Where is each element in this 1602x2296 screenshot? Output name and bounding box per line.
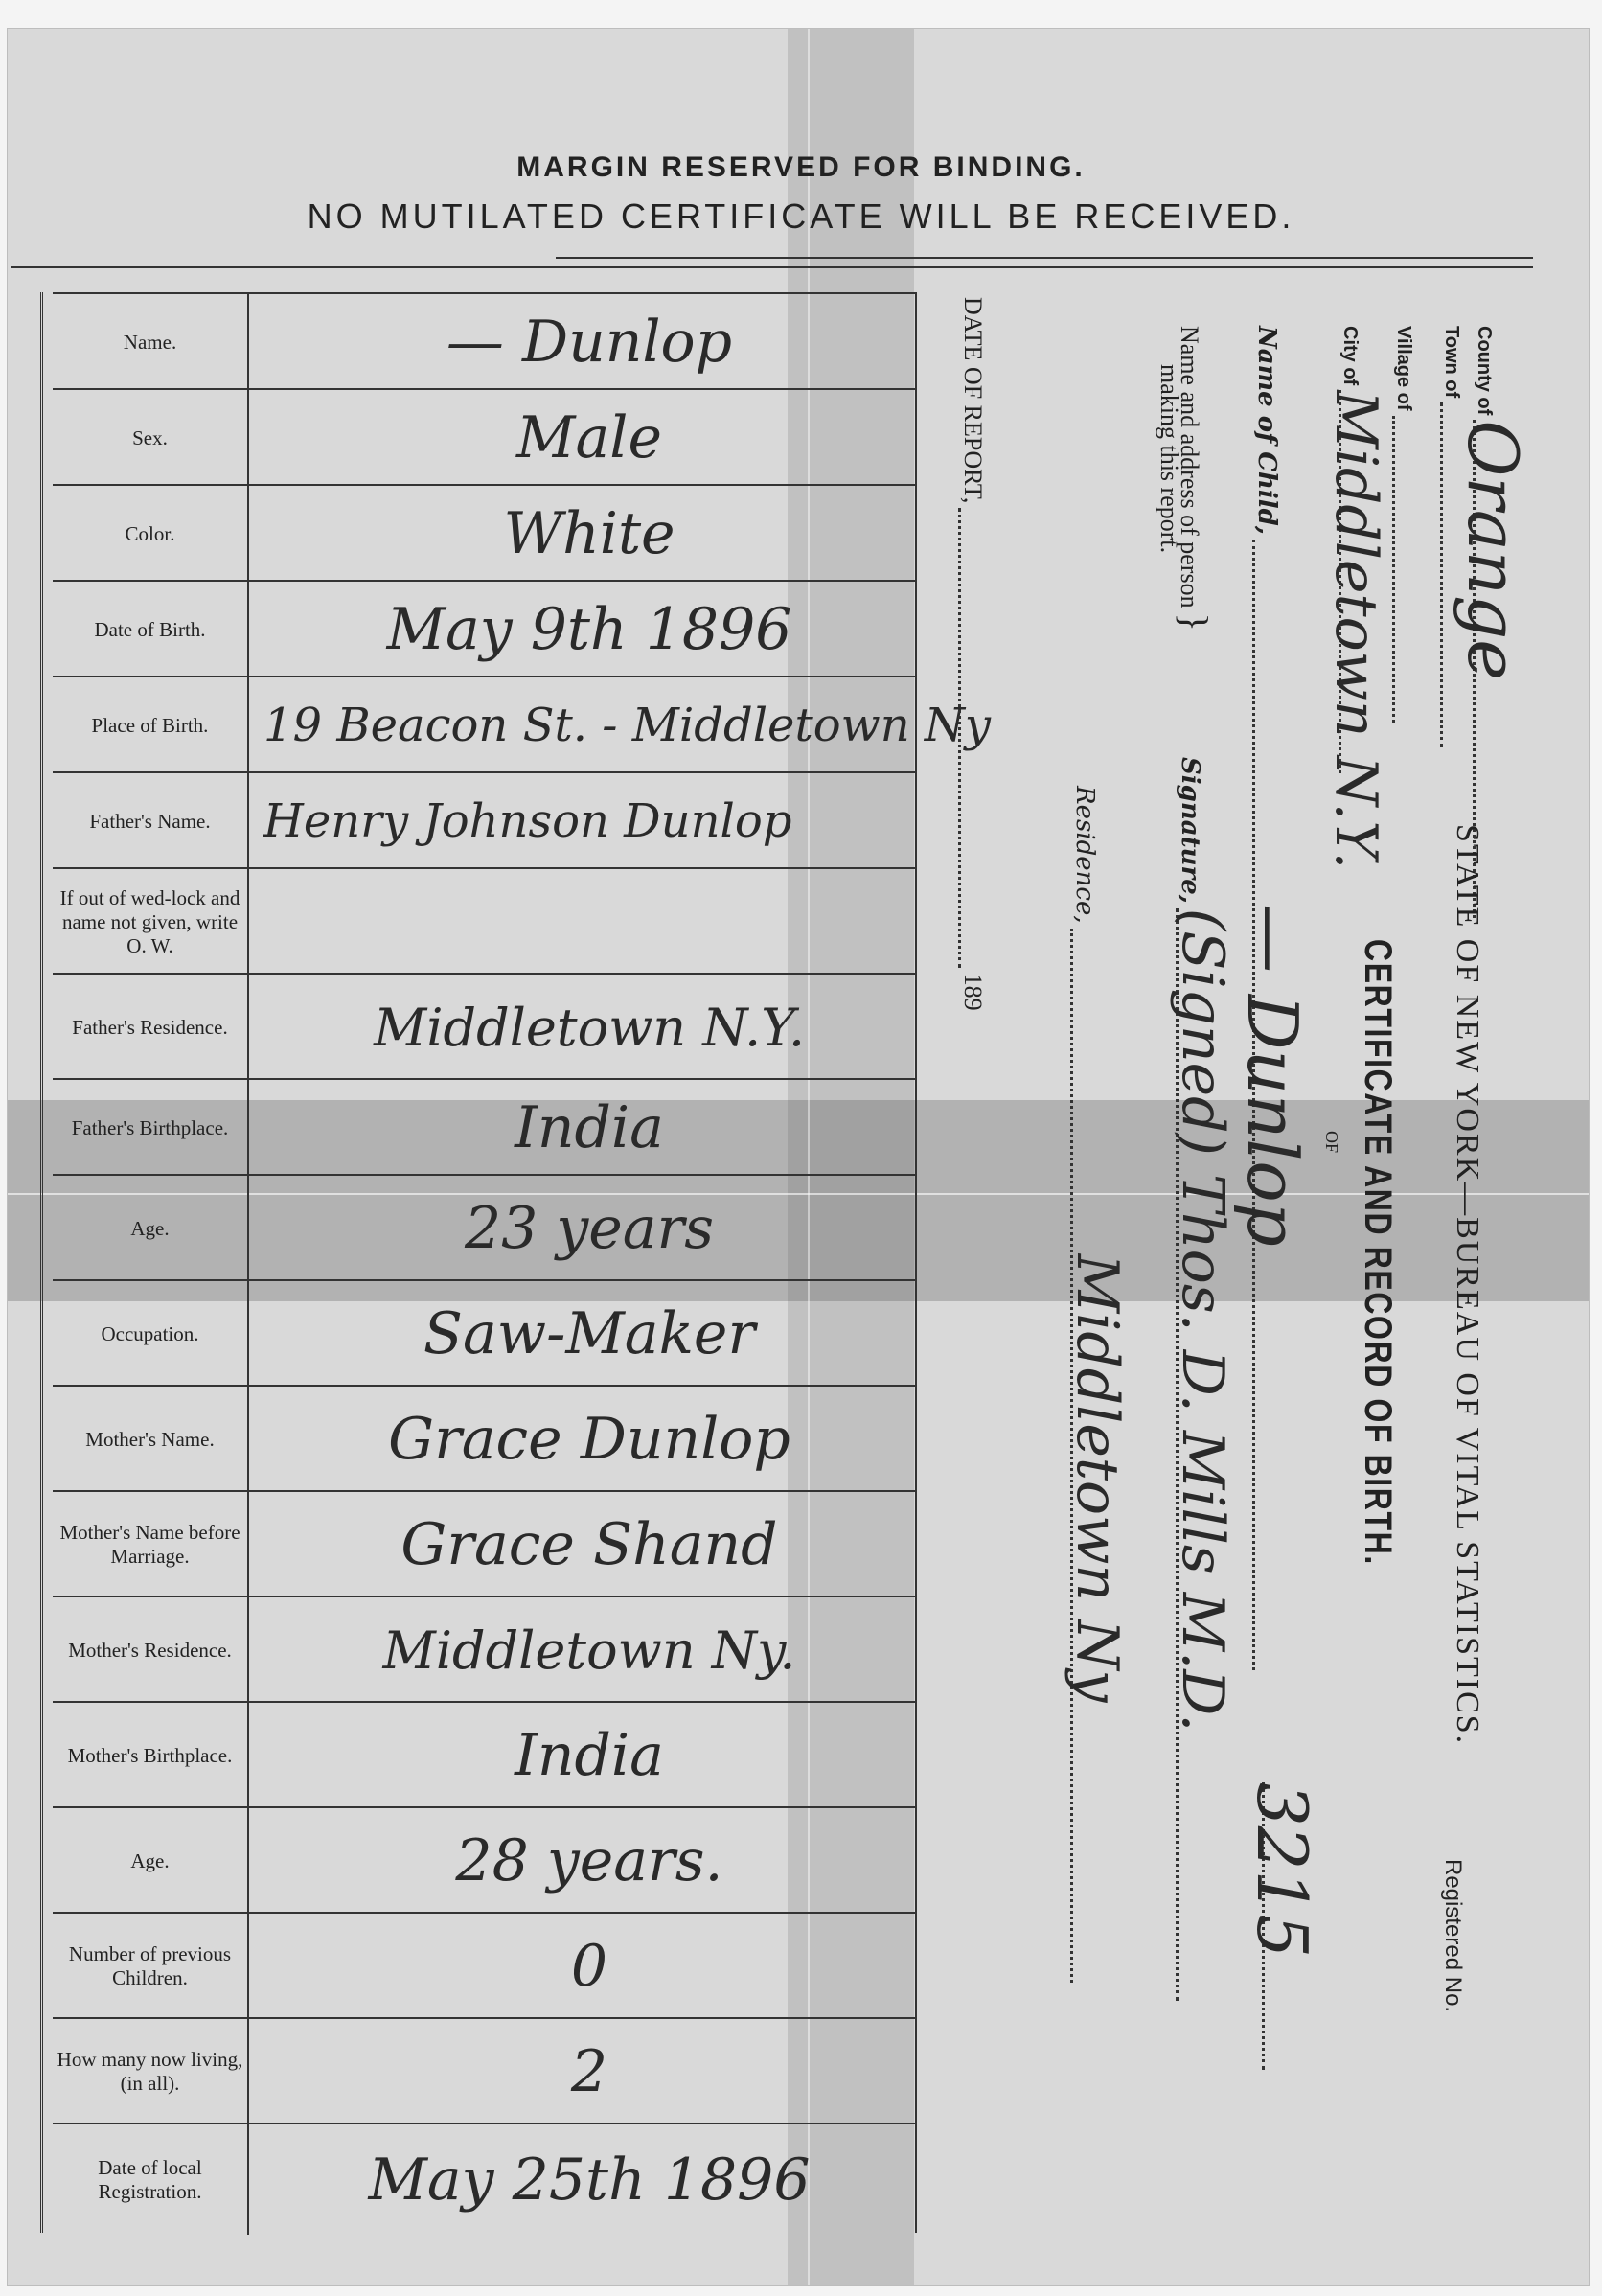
reporter-label-line-2: making this report. [1155,364,1183,553]
row-label: Number of previous Children. [53,1914,249,2019]
certificate-title: CERTIFICATE AND RECORD OF BIRTH. [1356,939,1399,1566]
city-field: Middletown N.Y. [1339,390,1389,773]
table-row-mothers-name: Mother's Name. Grace Dunlop [53,1385,915,1492]
registered-number-value: 3215 [1242,1782,1322,1958]
registered-number-label: Registered No. [1440,1859,1466,2012]
date-of-report-year-prefix: 189 [959,974,987,1011]
table-row-local-registration-date: Date of local Registration. May 25th 189… [53,2123,915,2235]
row-label: Mother's Name. [53,1387,249,1492]
table-row-date-of-birth: Date of Birth. May 9th 1896 [53,580,915,677]
table-right-border [915,292,917,2233]
table-row-fathers-age: Age. 23 years [53,1174,915,1281]
state-bureau-title: STATE OF NEW YORK—BUREAU OF VITAL STATIS… [1450,824,1485,1745]
birth-details-table: Name. — Dunlop Sex. Male Color. White Da… [40,292,925,2233]
child-name-field: — Dunlop [1252,540,1313,1670]
binding-margin-notice: MARGIN RESERVED FOR BINDING. [0,151,1602,184]
table-row-mothers-maiden-name: Mother's Name before Marriage. Grace Sha… [53,1490,915,1597]
signature-value: (Signed) Thos. D. Mills M.D. [1169,908,1236,1732]
table-row-fathers-birthplace: Father's Birthplace. India [53,1078,915,1176]
city-label: City of [1339,326,1361,385]
registered-no-line: Registered No. [1439,1859,1466,2012]
child-name-value: — Dunlop [1232,904,1313,1247]
of-label: OF [1322,1131,1341,1153]
row-value: 0 [263,1914,915,2019]
row-label: If out of wed-lock and name not given, w… [53,869,249,975]
table-row-out-of-wedlock: If out of wed-lock and name not given, w… [53,867,915,975]
row-value: Saw-Maker [263,1281,915,1387]
row-value: 19 Beacon St. - Middletown Ny [263,677,915,773]
reporter-label-2: making this report. [1156,364,1183,553]
row-label: Place of Birth. [53,677,249,773]
of-label-line: OF [1321,1131,1341,1153]
signature-label: Signature, [1176,757,1204,904]
row-value: May 9th 1896 [263,582,915,677]
certificate-title-line: CERTIFICATE AND RECORD OF BIRTH. [1356,939,1399,1722]
residence-field: Middletown Ny [1070,929,1131,1983]
city-line: City of Middletown N.Y. [1339,326,1389,773]
row-label: Age. [53,1176,249,1281]
row-label: Name. [53,294,249,390]
signature-line: Signature, (Signed) Thos. D. Mills M.D. [1176,757,1236,2001]
table-row-previous-children: Number of previous Children. 0 [53,1912,915,2019]
row-value: Henry Johnson Dunlop [263,773,915,869]
row-value: India [263,1703,915,1808]
header-rule-lower [11,266,1533,268]
row-value [263,869,915,975]
row-value: May 25th 1896 [263,2124,915,2235]
date-of-report-line: DATE OF REPORT, 189 [958,297,987,1011]
residence-label: Residence, [1070,786,1099,924]
registered-no-field-line: 3215 [1262,1782,1322,2070]
table-row-fathers-residence: Father's Residence. Middletown N.Y. [53,973,915,1080]
row-value: Grace Shand [263,1492,915,1597]
city-value: Middletown N.Y. [1322,390,1389,869]
row-value: 23 years [263,1176,915,1281]
table-row-name: Name. — Dunlop [53,292,915,390]
village-line: Village of [1392,326,1418,723]
town-field [1440,402,1466,747]
row-label: Mother's Birthplace. [53,1703,249,1808]
row-value: White [263,486,915,582]
registered-number-field: 3215 [1262,1782,1322,2070]
table-row-mothers-birthplace: Mother's Birthplace. India [53,1701,915,1808]
row-value: India [263,1080,915,1176]
date-of-report-field [958,508,984,968]
row-value: Middletown Ny. [263,1597,915,1703]
row-value: — Dunlop [263,294,915,390]
table-row-fathers-name: Father's Name. Henry Johnson Dunlop [53,771,915,869]
row-value: Male [263,390,915,486]
table-row-place-of-birth: Place of Birth. 19 Beacon St. - Middleto… [53,676,915,773]
state-title-line: STATE OF NEW YORK—BUREAU OF VITAL STATIS… [1449,824,1485,1745]
row-value: Grace Dunlop [263,1387,915,1492]
row-value: Middletown N.Y. [263,975,915,1080]
row-label: Mother's Name before Marriage. [53,1492,249,1597]
row-label: How many now living, (in all). [53,2019,249,2124]
date-of-report-label: DATE OF REPORT, [959,297,987,503]
row-label: Color. [53,486,249,582]
row-label: Date of Birth. [53,582,249,677]
child-name-label: Name of Child, [1252,326,1281,535]
brace-icon: } [1173,613,1216,631]
town-line: Town of [1440,326,1466,747]
table-row-mothers-age: Age. 28 years. [53,1806,915,1914]
row-label: Age. [53,1808,249,1914]
mutilation-notice: NO MUTILATED CERTIFICATE WILL BE RECEIVE… [0,196,1602,237]
table-row-color: Color. White [53,484,915,582]
table-row-occupation: Occupation. Saw-Maker [53,1279,915,1387]
row-value: 2 [263,2019,915,2124]
child-name-line: Name of Child, — Dunlop [1252,326,1313,1670]
table-row-now-living: How many now living, (in all). 2 [53,2017,915,2124]
signature-field: (Signed) Thos. D. Mills M.D. [1176,908,1236,2001]
village-field [1392,416,1418,723]
residence-value: Middletown Ny [1064,1254,1131,1703]
row-label: Father's Name. [53,773,249,869]
row-label: Sex. [53,390,249,486]
table-row-sex: Sex. Male [53,388,915,486]
row-value: 28 years. [263,1808,915,1914]
county-label: County of [1474,326,1495,415]
row-label: Mother's Residence. [53,1597,249,1703]
town-label: Town of [1441,326,1462,398]
village-label: Village of [1393,326,1414,411]
row-label: Father's Residence. [53,975,249,1080]
table-row-mothers-residence: Mother's Residence. Middletown Ny. [53,1596,915,1703]
row-label: Father's Birthplace. [53,1080,249,1176]
header-rule [556,257,1533,259]
row-label: Date of local Registration. [53,2124,249,2235]
residence-line: Residence, Middletown Ny [1070,786,1131,1983]
row-label: Occupation. [53,1281,249,1387]
rotated-certificate-panel: County of Orange STATE OF NEW YORK—BUREA… [929,287,1543,2242]
